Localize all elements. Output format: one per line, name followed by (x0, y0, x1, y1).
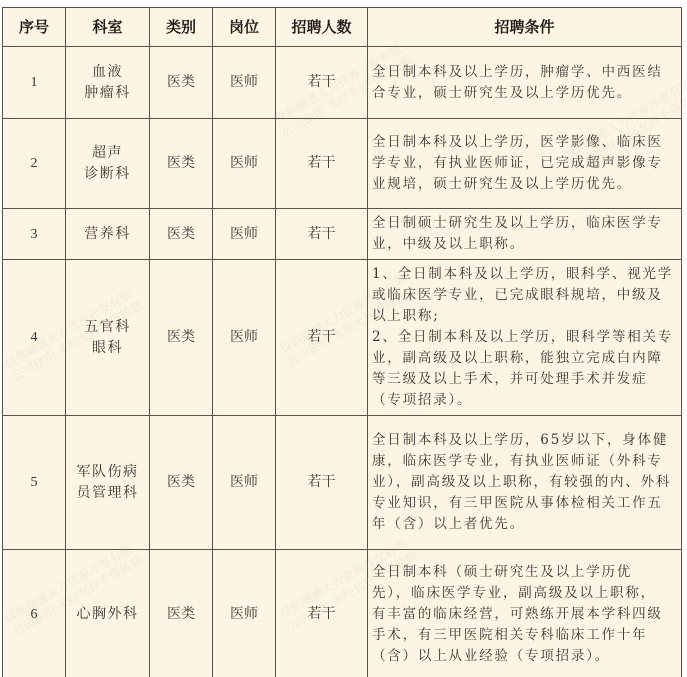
table-row: 4 五官科 眼科 医类 医师 若干 1、全日制本科及以上学历，眼科学、视光学或临… (3, 260, 682, 416)
row-department: 五官科 眼科 (66, 260, 150, 416)
header-index: 序号 (3, 8, 66, 47)
row-requirements: 全日制硕士研究生及以上学历，临床医学专业，中级及以上职称。 (368, 209, 682, 260)
row-requirements: 全日制本科及以上学历，医学影像、临床医学专业，有执业医师证，已完成超声影像专业规… (368, 119, 682, 209)
requirement-item: 1、全日制本科及以上学历，眼科学、视光学或临床医学专业，已完成眼科规培，中级及以… (372, 264, 675, 327)
row-requirements: 全日制本科及以上学历，肿瘤学、中西医结合专业，硕士研究生及以上学历优先。 (368, 47, 682, 119)
row-headcount: 若干 (276, 119, 368, 209)
row-position: 医师 (213, 260, 276, 416)
row-category: 医类 (150, 260, 213, 416)
department-line: 五官科 (66, 317, 149, 338)
row-position: 医师 (213, 47, 276, 119)
department-line: 血液 (66, 62, 149, 83)
row-position: 医师 (213, 416, 276, 550)
department-line: 员管理科 (66, 483, 149, 504)
recruitment-table: 序号 科室 类别 岗位 招聘人数 招聘条件 1 血液 肿瘤科 医类 医师 若干 … (2, 7, 682, 677)
requirement-line: 全日制本科（硕士研究生及以上学历优 (372, 562, 675, 583)
table-row: 5 军队伤病 员管理科 医类 医师 若干 全日制本科及以上学历，65岁以下，身体… (3, 416, 682, 550)
table-row: 6 心胸外科 医类 医师 若干 全日制本科（硕士研究生及以上学历优 先），临床医… (3, 550, 682, 677)
row-index: 3 (3, 209, 66, 260)
row-headcount: 若干 (276, 47, 368, 119)
row-department: 血液 肿瘤科 (66, 47, 150, 119)
row-department: 军队伤病 员管理科 (66, 416, 150, 550)
row-category: 医类 (150, 119, 213, 209)
row-requirements: 全日制本科及以上学历，65岁以下，身体健康，临床医学专业，有执业医师证（外科专业… (368, 416, 682, 550)
row-headcount: 若干 (276, 209, 368, 260)
row-headcount: 若干 (276, 416, 368, 550)
row-requirements: 1、全日制本科及以上学历，眼科学、视光学或临床医学专业，已完成眼科规培，中级及以… (368, 260, 682, 416)
table-row: 1 血液 肿瘤科 医类 医师 若干 全日制本科及以上学历，肿瘤学、中西医结合专业… (3, 47, 682, 119)
row-index: 1 (3, 47, 66, 119)
department-line: 营养科 (66, 224, 149, 245)
header-category: 类别 (150, 8, 213, 47)
header-headcount: 招聘人数 (276, 8, 368, 47)
row-requirements: 全日制本科（硕士研究生及以上学历优 先），临床医学专业，副高级及以上职称， 有丰… (368, 550, 682, 677)
row-position: 医师 (213, 209, 276, 260)
row-headcount: 若干 (276, 260, 368, 416)
row-category: 医类 (150, 209, 213, 260)
header-department: 科室 (66, 8, 150, 47)
row-department: 心胸外科 (66, 550, 150, 677)
row-index: 6 (3, 550, 66, 677)
department-line: 诊断科 (66, 164, 149, 185)
row-headcount: 若干 (276, 550, 368, 677)
row-department: 营养科 (66, 209, 150, 260)
row-category: 医类 (150, 47, 213, 119)
department-line: 超声 (66, 143, 149, 164)
row-position: 医师 (213, 119, 276, 209)
row-index: 5 (3, 416, 66, 550)
department-line: 心胸外科 (66, 604, 149, 625)
row-index: 4 (3, 260, 66, 416)
row-department: 超声 诊断科 (66, 119, 150, 209)
table-header-row: 序号 科室 类别 岗位 招聘人数 招聘条件 (3, 8, 682, 47)
requirement-line: 有丰富的临床经营，可熟练开展本学科四级手术，有三甲医院相关专科临床工作十年（含）… (372, 604, 675, 667)
row-category: 医类 (150, 550, 213, 677)
requirement-line: 先），临床医学专业，副高级及以上职称， (372, 583, 675, 604)
header-position: 岗位 (213, 8, 276, 47)
requirement-item: 2、全日制本科及以上学历，眼科学等相关专业，副高级及以上职称，能独立完成白内障等… (372, 327, 675, 411)
header-requirements: 招聘条件 (368, 8, 682, 47)
department-line: 眼科 (66, 338, 149, 359)
table-row: 2 超声 诊断科 医类 医师 若干 全日制本科及以上学历，医学影像、临床医学专业… (3, 119, 682, 209)
row-position: 医师 (213, 550, 276, 677)
row-category: 医类 (150, 416, 213, 550)
department-line: 军队伤病 (66, 462, 149, 483)
row-index: 2 (3, 119, 66, 209)
department-line: 肿瘤科 (66, 83, 149, 104)
table-row: 3 营养科 医类 医师 若干 全日制硕士研究生及以上学历，临床医学专业，中级及以… (3, 209, 682, 260)
